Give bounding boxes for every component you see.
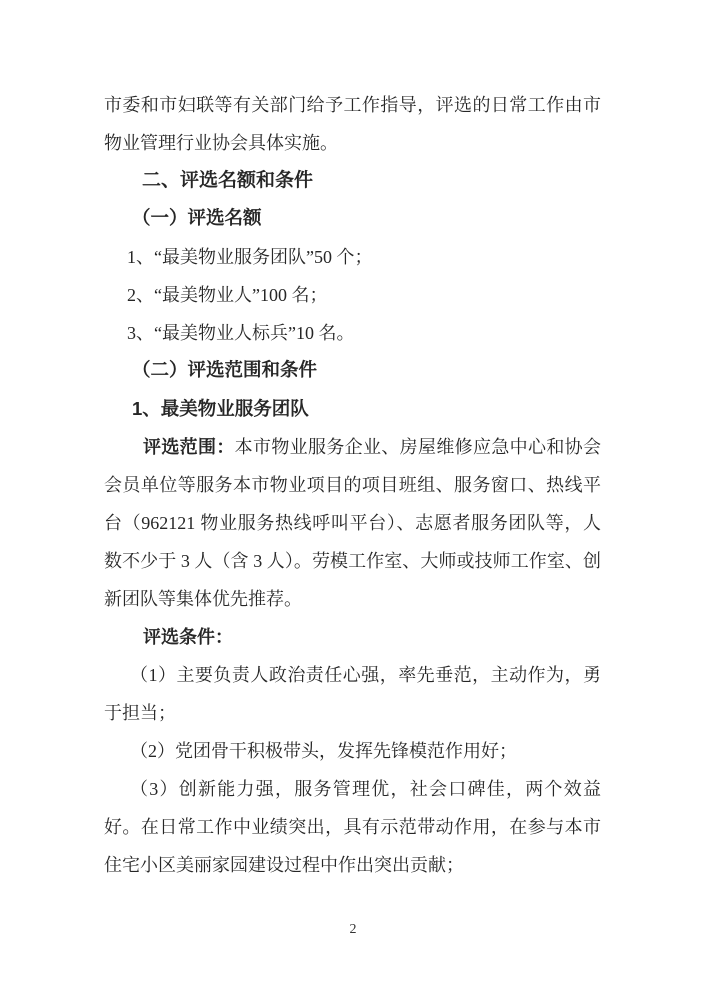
document-body: 市委和市妇联等有关部门给予工作指导，评选的日常工作由市物业管理行业协会具体实施。…: [104, 86, 601, 884]
selection-conditions-label: 评选条件：: [143, 627, 233, 647]
heading-scope-and-conditions: （二）评选范围和条件: [104, 352, 601, 390]
condition-item-3: （3）创新能力强，服务管理优，社会口碑佳，两个效益好。在日常工作中业绩突出，具有…: [104, 770, 601, 884]
heading-best-service-team: 1、最美物业服务团队: [104, 390, 601, 428]
condition-item-2: （2）党团骨干积极带头，发挥先锋模范作用好；: [104, 732, 601, 770]
heading-section-quota-and-conditions: 二、评选名额和条件: [104, 162, 601, 200]
quota-item-pacesetter: 3、“最美物业人标兵”10 名。: [104, 314, 601, 352]
quota-item-service-team: 1、“最美物业服务团队”50 个；: [104, 238, 601, 276]
document-page: 市委和市妇联等有关部门给予工作指导，评选的日常工作由市物业管理行业协会具体实施。…: [0, 0, 706, 1000]
selection-scope-label: 评选范围：: [143, 437, 235, 457]
heading-quota: （一）评选名额: [104, 200, 601, 238]
paragraph-implementation: 市委和市妇联等有关部门给予工作指导，评选的日常工作由市物业管理行业协会具体实施。: [104, 86, 601, 162]
paragraph-selection-scope: 评选范围：本市物业服务企业、房屋维修应急中心和协会会员单位等服务本市物业项目的项…: [104, 428, 601, 618]
selection-scope-text: 本市物业服务企业、房屋维修应急中心和协会会员单位等服务本市物业项目的项目班组、服…: [104, 437, 601, 609]
quota-item-property-person: 2、“最美物业人”100 名；: [104, 276, 601, 314]
condition-item-1: （1）主要负责人政治责任心强，率先垂范，主动作为，勇于担当；: [104, 656, 601, 732]
paragraph-selection-conditions: 评选条件：: [104, 618, 601, 656]
page-number: 2: [0, 918, 706, 942]
